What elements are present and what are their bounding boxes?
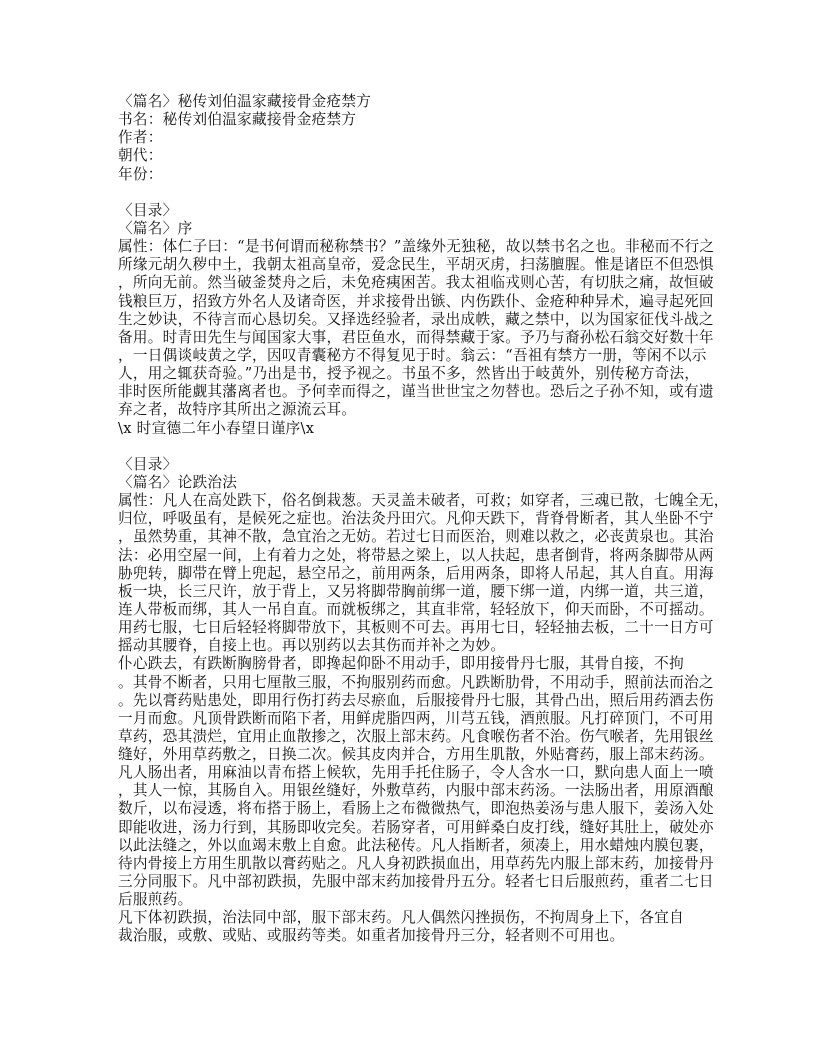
text-line: 即能收进，汤力行到，其肠即收完矣。若肠穿者，可用鲜桑白皮打线，缝好其肚上，破处亦 (118, 819, 708, 837)
date-signature: \x 时宣德二年小春望日谨序\x (118, 420, 708, 438)
toc-marker: 〈目录〉 (118, 456, 708, 474)
text-line: 草药，恐其溃烂，宜用止血散掺之，次服上部末药。凡食喉伤者不治。伤气喉者，先用银丝 (118, 728, 708, 746)
text-line: 凡人肠出者，用麻油以青布搭上候软，先用手托住肠子，令人含水一口，默向患人面上一喷 (118, 764, 708, 782)
text-line: 缝好，外用草药敷之，日换二次。候其皮肉并合，方用生肌散，外贴膏药，服上部末药汤。 (118, 746, 708, 764)
spacer (118, 438, 708, 456)
text-line: ，所向无前。然当破釜焚舟之后，未免疮痍困苦。我太祖临戎则心苦，有切肤之痛，故恒破 (118, 274, 708, 292)
text-line: 数斤，以布浸透，将布搭于肠上，看肠上之布微微热气，即泡热姜汤与患人服下，姜汤入处 (118, 800, 708, 818)
text-line: ，一日偶谈岐黄之学，因叹青囊秘方不得复见于时。翁云：“吾祖有禁方一册，等闲不以示 (118, 347, 708, 365)
text-line: 以此法缝之，外以血竭末敷上自愈。此法秘传。凡人指断者，须凑上，用水蜡烛内膜包裹， (118, 837, 708, 855)
text-line: 用药七服，七日后轻轻将脚带放下，其板则不可去。再用七日，轻轻抽去板，二十一日方可 (118, 619, 708, 637)
text-line: 胁兜转，脚带在臂上兜起，悬空吊之，前用两条，后用两条，即将人吊起，其人自直。用海 (118, 565, 708, 583)
year: 年份： (118, 166, 708, 184)
text-line: 非时医所能觑其藩离者也。予何幸而得之，谨当世世宝之勿替也。恐后之子孙不知，或有遗 (118, 383, 708, 401)
text-line: ，虽然势重，其神不散，急宜治之无妨。若过七日而医治，则难以救之，必丧黄泉也。其治 (118, 528, 708, 546)
text-line: 待内骨接上方用生肌散以膏药贴之。凡人身初跌损血出，用草药先内服上部末药，加接骨丹 (118, 855, 708, 873)
text-line: 弃之者，故特序其所出之源流云耳。 (118, 401, 708, 419)
text-line: 人，用之辄获奇验。”乃出是书，授予视之。书虽不多，然皆出于岐黄外，别传秘方奇法， (118, 365, 708, 383)
text-line: 一月而愈。凡顶骨跌断而陷下者，用鲜虎脂四两，川芎五钱，酒煎服。凡打碎顶门，不可用 (118, 710, 708, 728)
author: 作者： (118, 129, 708, 147)
section-treatment: 〈目录〉 〈篇名〉论跌治法 属性：凡人在高处跌下，俗名倒栽葱。天灵盖未破者，可救… (118, 456, 708, 946)
text-line: 法：必用空屋一间，上有着力之处，将带悬之梁上，以人扶起，患者倒背，将两条脚带从两 (118, 547, 708, 565)
spacer (118, 184, 708, 202)
text-line: 生之妙诀，不待言而心恳切矣。又择选经验者，录出成帙，藏之禁中，以为国家征伐斗战之 (118, 311, 708, 329)
dynasty: 朝代： (118, 147, 708, 165)
text-line: 属性：凡人在高处跌下，俗名倒栽葱。天灵盖未破者，可救；如穿者，三魂已散，七魄全无… (118, 492, 708, 510)
text-line: 摇动其腰脊，自接上也。再以别药以去其伤而并补之为妙。 (118, 637, 708, 655)
text-line: 。其骨不断者，只用七厘散三服，不拘服别药而愈。凡跌断肋骨，不用动手，照前法而治之 (118, 674, 708, 692)
text-line: 归位，呼吸虽有，是候死之症也。治法灸丹田穴。凡仰天跌下，背脊骨断者，其人坐卧不宁 (118, 510, 708, 528)
text-line: 连人带板而绑，其人一吊自直。而就板绑之，其直非常，轻轻放下，仰天而卧，不可摇动。 (118, 601, 708, 619)
text-line: ，其人一惊，其肠自入。用银丝缝好，外敷草药，内服中部末药汤。一法肠出者，用原酒酿 (118, 782, 708, 800)
text-line: 后服煎药。 (118, 891, 708, 909)
text-line: 属性：体仁子曰：“是书何谓而秘称禁书？”盖缘外无独秘，故以禁书名之也。非秘而不行… (118, 238, 708, 256)
document-page: 〈篇名〉秘传刘伯温家藏接骨金疮禁方 书名：秘传刘伯温家藏接骨金疮禁方 作者： 朝… (118, 93, 708, 946)
text-line: 三分同服下。凡中部初跌损，先服中部末药加接骨丹五分。轻者七日后服煎药，重者二七日 (118, 873, 708, 891)
text-line: 钱粮巨万，招致方外名人及诸奇医，并求接骨出镞、内伤跌仆、金疮种种异术，遍寻起死回 (118, 293, 708, 311)
page-title-line: 〈篇名〉秘传刘伯温家藏接骨金疮禁方 (118, 93, 708, 111)
text-line: 所缘元胡久秽中土，我朝太祖高皇帝，爱念民生，平胡灭虏，扫荡膻腥。惟是诸臣不但恐惧 (118, 256, 708, 274)
section-title: 〈篇名〉序 (118, 220, 708, 238)
text-line: 凡下体初跌损，治法同中部，服下部末药。凡人偶然闪挫损伤，不拘周身上下，各宜自 (118, 909, 708, 927)
toc-marker: 〈目录〉 (118, 202, 708, 220)
text-line: 裁治服，或敷、或贴、或服药等类。如重者加接骨丹三分，轻者则不可用也。 (118, 927, 708, 945)
text-line: 备用。时青田先生与闻国家大事，君臣鱼水，而得禁藏于家。予乃与裔孙松石翁交好数十年 (118, 329, 708, 347)
section-preface: 〈目录〉 〈篇名〉序 属性：体仁子曰：“是书何谓而秘称禁书？”盖缘外无独秘，故以… (118, 202, 708, 438)
section-title: 〈篇名〉论跌治法 (118, 474, 708, 492)
book-name: 书名：秘传刘伯温家藏接骨金疮禁方 (118, 111, 708, 129)
text-line: 仆心跌去，有跌断胸膀骨者，即搀起仰卧不用动手，即用接骨丹七服，其骨自接，不拘 (118, 655, 708, 673)
text-line: 板一块，长三尺许，放于背上，又另将脚带胸前绑一道，腰下绑一道，内绑一道，共三道， (118, 583, 708, 601)
text-line: 。先以膏药贴患处，即用行伤打药去尽瘀血，后服接骨丹七服，其骨凸出，照后用药酒去伤 (118, 692, 708, 710)
